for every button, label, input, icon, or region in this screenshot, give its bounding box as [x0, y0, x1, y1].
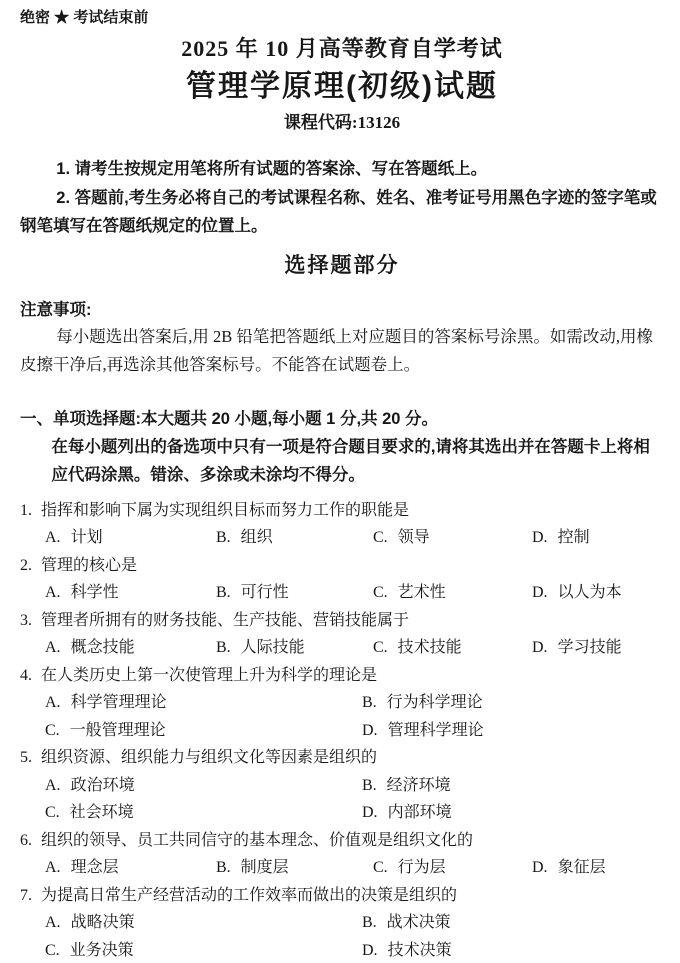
option-label: A.: [45, 639, 61, 656]
option-label: A.: [45, 914, 61, 931]
question-text: 管理者所拥有的财务技能、生产技能、营销技能属于: [41, 612, 409, 629]
instruction-item-2: 2. 答题前,考生务必将自己的考试课程名称、姓名、准考证号用黑色字迹的签字笔或钢…: [20, 184, 664, 241]
question-number: 5.: [20, 749, 32, 766]
option-d: D.以人为本: [532, 579, 664, 607]
question-text: 指挥和影响下属为实现组织目标而努力工作的职能是: [41, 502, 409, 519]
option-text: 技术决策: [388, 942, 452, 959]
options-row: A.科学管理理论B.行为科学理论: [20, 689, 664, 717]
option-label: C.: [373, 859, 388, 876]
question-stem: 5.组织资源、组织能力与组织文化等因素是组织的: [20, 744, 664, 772]
option-label: C.: [373, 584, 388, 601]
option-b: B.行为科学理论: [362, 689, 664, 717]
option-d: D.内部环境: [362, 799, 664, 827]
option-text: 政治环境: [71, 777, 135, 794]
option-b: B.人际技能: [216, 634, 373, 662]
option-a: A.概念技能: [45, 634, 216, 662]
question-number: 4.: [20, 667, 32, 684]
options-row: A.概念技能B.人际技能C.技术技能D.学习技能: [20, 634, 664, 662]
question-stem: 4.在人类历史上第一次使管理上升为科学的理论是: [20, 662, 664, 690]
option-label: A.: [45, 777, 61, 794]
question-number: 2.: [20, 557, 32, 574]
option-b: B.制度层: [216, 854, 373, 882]
option-label: B.: [216, 859, 231, 876]
option-text: 学习技能: [558, 639, 622, 656]
course-code: 课程代码:13126: [20, 111, 664, 135]
instruction-item-1: 1. 请考生按规定用笔将所有试题的答案涂、写在答题纸上。: [20, 155, 664, 184]
option-a: A.科学管理理论: [45, 689, 362, 717]
option-text: 战略决策: [71, 914, 135, 931]
section-one-requirement: 在每小题列出的备选项中只有一项是符合题目要求的,请将其选出并在答题卡上将相应代码…: [20, 433, 664, 489]
option-label: B.: [362, 914, 377, 931]
option-text: 技术技能: [398, 639, 462, 656]
question-7: 7.为提高日常生产经营活动的工作效率而做出的决策是组织的A.战略决策B.战术决策…: [20, 882, 664, 963]
option-text: 行为科学理论: [387, 694, 483, 711]
option-label: B.: [216, 529, 231, 546]
question-text: 组织的领导、员工共同信守的基本理念、价值观是组织文化的: [41, 832, 473, 849]
questions-list: 1.指挥和影响下属为实现组织目标而努力工作的职能是A.计划B.组织C.领导D.控…: [20, 497, 664, 963]
option-label: C.: [45, 804, 60, 821]
options-row: C.一般管理理论D.管理科学理论: [20, 717, 664, 745]
option-c: C.一般管理理论: [45, 717, 362, 745]
options-row: A.理念层B.制度层C.行为层D.象征层: [20, 854, 664, 882]
question-stem: 6.组织的领导、员工共同信守的基本理念、价值观是组织文化的: [20, 827, 664, 855]
exam-paper-page: 绝密 ★ 考试结束前 2025 年 10 月高等教育自学考试 管理学原理(初级)…: [0, 0, 680, 963]
exam-session-title: 2025 年 10 月高等教育自学考试: [20, 34, 664, 64]
option-label: D.: [532, 639, 548, 656]
option-c: C.艺术性: [373, 579, 532, 607]
option-b: B.可行性: [216, 579, 373, 607]
option-a: A.科学性: [45, 579, 216, 607]
option-label: C.: [373, 529, 388, 546]
option-label: D.: [532, 584, 548, 601]
option-d: D.控制: [532, 524, 664, 552]
option-text: 行为层: [398, 859, 446, 876]
question-stem: 7.为提高日常生产经营活动的工作效率而做出的决策是组织的: [20, 882, 664, 910]
options-row: C.社会环境D.内部环境: [20, 799, 664, 827]
option-text: 制度层: [241, 859, 289, 876]
question-stem: 2.管理的核心是: [20, 552, 664, 580]
question-stem: 3.管理者所拥有的财务技能、生产技能、营销技能属于: [20, 607, 664, 635]
option-text: 社会环境: [70, 804, 134, 821]
option-text: 战术决策: [387, 914, 451, 931]
options-row: C.业务决策D.技术决策: [20, 937, 664, 963]
option-d: D.象征层: [532, 854, 664, 882]
option-d: D.管理科学理论: [362, 717, 664, 745]
option-text: 组织: [241, 529, 273, 546]
option-label: A.: [45, 694, 61, 711]
options-row: A.科学性B.可行性C.艺术性D.以人为本: [20, 579, 664, 607]
option-c: C.业务决策: [45, 937, 362, 963]
option-b: B.组织: [216, 524, 373, 552]
option-b: B.经济环境: [362, 772, 664, 800]
option-a: A.理念层: [45, 854, 216, 882]
question-5: 5.组织资源、组织能力与组织文化等因素是组织的A.政治环境B.经济环境C.社会环…: [20, 744, 664, 827]
question-1: 1.指挥和影响下属为实现组织目标而努力工作的职能是A.计划B.组织C.领导D.控…: [20, 497, 664, 552]
option-text: 象征层: [558, 859, 606, 876]
option-text: 业务决策: [70, 942, 134, 959]
option-label: D.: [362, 722, 378, 739]
question-text: 组织资源、组织能力与组织文化等因素是组织的: [41, 749, 377, 766]
option-text: 控制: [558, 529, 590, 546]
option-label: B.: [362, 694, 377, 711]
option-label: B.: [362, 777, 377, 794]
option-text: 科学性: [71, 584, 119, 601]
question-number: 1.: [20, 502, 32, 519]
option-text: 一般管理理论: [70, 722, 166, 739]
security-notice: 绝密 ★ 考试结束前: [20, 8, 664, 28]
option-text: 人际技能: [241, 639, 305, 656]
option-c: C.社会环境: [45, 799, 362, 827]
general-instructions: 1. 请考生按规定用笔将所有试题的答案涂、写在答题纸上。 2. 答题前,考生务必…: [20, 155, 664, 241]
option-text: 以人为本: [558, 584, 622, 601]
question-text: 为提高日常生产经营活动的工作效率而做出的决策是组织的: [41, 887, 457, 904]
option-text: 经济环境: [387, 777, 451, 794]
option-text: 内部环境: [388, 804, 452, 821]
option-text: 科学管理理论: [71, 694, 167, 711]
option-label: C.: [45, 722, 60, 739]
option-d: D.技术决策: [362, 937, 664, 963]
question-number: 6.: [20, 832, 32, 849]
question-stem: 1.指挥和影响下属为实现组织目标而努力工作的职能是: [20, 497, 664, 525]
option-text: 理念层: [71, 859, 119, 876]
options-row: A.战略决策B.战术决策: [20, 909, 664, 937]
option-a: A.计划: [45, 524, 216, 552]
option-label: B.: [216, 639, 231, 656]
options-row: A.计划B.组织C.领导D.控制: [20, 524, 664, 552]
question-number: 7.: [20, 887, 32, 904]
question-number: 3.: [20, 612, 32, 629]
option-b: B.战术决策: [362, 909, 664, 937]
question-6: 6.组织的领导、员工共同信守的基本理念、价值观是组织文化的A.理念层B.制度层C…: [20, 827, 664, 882]
option-text: 领导: [398, 529, 430, 546]
options-row: A.政治环境B.经济环境: [20, 772, 664, 800]
question-3: 3.管理者所拥有的财务技能、生产技能、营销技能属于A.概念技能B.人际技能C.技…: [20, 607, 664, 662]
question-text: 管理的核心是: [41, 557, 137, 574]
notes-title: 注意事项:: [20, 297, 664, 323]
question-text: 在人类历史上第一次使管理上升为科学的理论是: [41, 667, 377, 684]
option-text: 管理科学理论: [388, 722, 484, 739]
option-label: D.: [362, 804, 378, 821]
option-label: D.: [362, 942, 378, 959]
option-label: C.: [373, 639, 388, 656]
option-c: C.技术技能: [373, 634, 532, 662]
option-text: 艺术性: [398, 584, 446, 601]
option-d: D.学习技能: [532, 634, 664, 662]
part-heading: 选择题部分: [20, 251, 664, 281]
option-label: D.: [532, 529, 548, 546]
section-one-heading: 一、单项选择题:本大题共 20 小题,每小题 1 分,共 20 分。: [20, 405, 664, 433]
option-a: A.战略决策: [45, 909, 362, 937]
option-label: A.: [45, 859, 61, 876]
option-label: B.: [216, 584, 231, 601]
question-4: 4.在人类历史上第一次使管理上升为科学的理论是A.科学管理理论B.行为科学理论C…: [20, 662, 664, 745]
option-a: A.政治环境: [45, 772, 362, 800]
option-c: C.行为层: [373, 854, 532, 882]
option-label: D.: [532, 859, 548, 876]
option-label: A.: [45, 584, 61, 601]
notes-body: 每小题选出答案后,用 2B 铅笔把答题纸上对应题目的答案标号涂黑。如需改动,用橡…: [20, 323, 664, 379]
option-label: C.: [45, 942, 60, 959]
paper-title: 管理学原理(初级)试题: [20, 67, 664, 107]
option-label: A.: [45, 529, 61, 546]
question-2: 2.管理的核心是A.科学性B.可行性C.艺术性D.以人为本: [20, 552, 664, 607]
option-text: 概念技能: [71, 639, 135, 656]
option-text: 计划: [71, 529, 103, 546]
option-c: C.领导: [373, 524, 532, 552]
option-text: 可行性: [241, 584, 289, 601]
